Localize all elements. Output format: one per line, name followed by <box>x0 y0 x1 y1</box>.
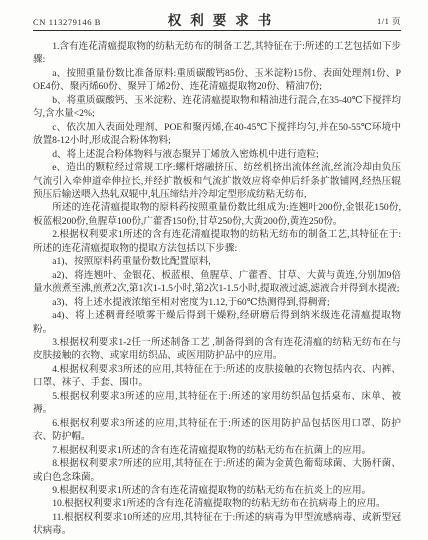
claim-paragraph: c、依次加入表面处理剂、POE和聚丙烯,在40-45℃下搅拌均匀,并在50-55… <box>33 121 401 148</box>
claim-paragraph: a、按照重量份数比准备原料:重质碳酸钙85份、玉米淀粉15份、表面处理剂1份、P… <box>33 67 401 94</box>
claim-paragraph: 所述的连花清瘟提取物的原料药按照重量份数比组成为:连翘叶200份,金银花150份… <box>33 201 401 228</box>
claim-paragraph: 11.根据权利要求10所述的应用,其特征在于:所述的病毒为甲型流感病毒、或新型冠… <box>33 511 401 538</box>
claim-paragraph: 10.根据权利要求1所述的含有连花清瘟提取物的纺粘无纺布在抗病毒上的应用。 <box>33 497 401 510</box>
claim-paragraph: 2.根据权利要求1所述的含有连花清瘟提取物的纺粘无纺布的制备工艺,其特征在于:所… <box>33 228 401 255</box>
claim-paragraph: 7.根据权利要求1所述的含有连花清瘟提取物的纺粘无纺布在抗菌上的应用。 <box>33 444 401 457</box>
claim-paragraph: a1)、按照原料药重量份数比配置原料, <box>33 255 401 268</box>
patent-claims-page: CN 113279146 B 权利要求书 1/1 页 1.含有连花清瘟提取物的纺… <box>0 0 428 540</box>
page-header: CN 113279146 B 权利要求书 1/1 页 <box>33 13 401 31</box>
claim-paragraph: 9.根据权利要求1所述的含有连花清瘟提取物的纺粘无纺布在抗炎上的应用。 <box>33 484 401 497</box>
claims-body: 1.含有连花清瘟提取物的纺粘无纺布的制备工艺,其特征在于:所述的工艺包括如下步骤… <box>33 40 401 538</box>
claim-paragraph: d、将上述混合粉体物料与液态聚异丁烯放入密炼机中进行造粒; <box>33 148 401 161</box>
claim-paragraph: 1.含有连花清瘟提取物的纺粘无纺布的制备工艺,其特征在于:所述的工艺包括如下步骤… <box>33 40 401 67</box>
claim-paragraph: 4.根据权利要求3所述的应用,其特征在于:所述的皮肤接触的衣物包括内衣、内裤、口… <box>33 363 401 390</box>
claim-paragraph: 8.根据权利要求7所述的应用,其特征在于:所述的菌为金黄色葡萄球菌、大肠杆菌、或… <box>33 457 401 484</box>
page-title: 权利要求书 <box>168 9 281 29</box>
page-number: 1/1 页 <box>377 15 401 27</box>
claim-paragraph: a3)、将上述水提液浓缩至相对密度为1.12,于60℃热测得到,得稠膏; <box>33 296 401 309</box>
claim-paragraph: e、造出的颗粒经过常规工序:螺杆熔融挤压、纺丝机挤出流体丝流,丝流冷却由负压气流… <box>33 161 401 201</box>
claim-paragraph: a2)、将连翘叶、金银花、板蓝根、鱼腥草、广藿香、甘草、大黄与黄连,分别加9倍量… <box>33 269 401 296</box>
claim-paragraph: a4)、将上述稠膏经喷雾干燥后得到干燥粉,经研磨后得到纳米级连花清瘟提取物粉。 <box>33 309 401 336</box>
document-number: CN 113279146 B <box>33 17 101 27</box>
claim-paragraph: 5.根据权利要求3所述的应用,其特征在于:所述的家用纺织品包括桌布、床单、被褥。 <box>33 390 401 417</box>
claim-paragraph: 6.根据权利要求3所述的应用,其特征在于:所述的医用防护品包括医用口罩、防护衣、… <box>33 417 401 444</box>
claim-paragraph: 3.根据权利要求1-2任一所述制备工艺 ,制备得到的含有连花清瘟的纺粘无纺布在与… <box>33 336 401 363</box>
claim-paragraph: b、将重质碳酸钙、玉米淀粉、连花清瘟提取物和精油进行混合,在35-40℃下搅拌均… <box>33 94 401 121</box>
